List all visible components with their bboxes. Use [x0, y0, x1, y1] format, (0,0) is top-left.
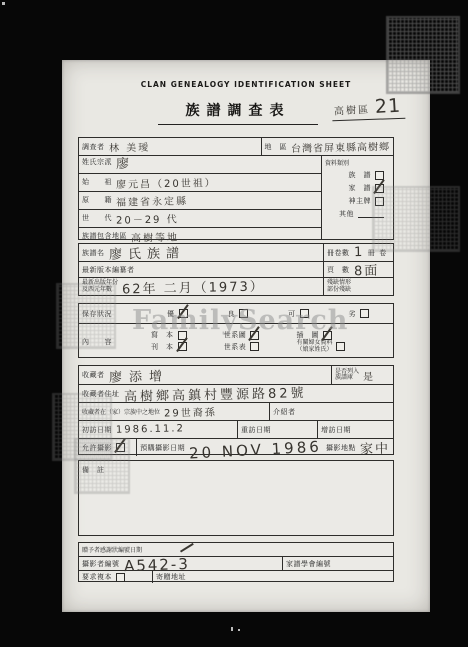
- condition-poor: 劣: [349, 309, 376, 319]
- field-pages: 頁 數 8面: [323, 262, 393, 277]
- material-type-label: 資料類別: [325, 158, 390, 167]
- form-title-zh: 族譜調查表: [158, 100, 318, 125]
- holder-name-label: 收藏者: [82, 370, 105, 380]
- content-pedigree-table: 世系表: [224, 342, 297, 352]
- content-women-data: 有關婦女資料 （娘家姓氏）: [296, 340, 391, 353]
- ancestor-label: 始 祖: [82, 177, 112, 187]
- volumes-value: 1: [353, 245, 364, 260]
- field-compiler: 最新版本編纂者: [79, 262, 323, 277]
- field-photographer-number: 攝影者編號 A542-3: [79, 557, 282, 570]
- field-damage: 殘缺情形 部份殘缺: [323, 278, 393, 295]
- field-coverage: 族譜包含地區 高樹等地: [79, 228, 321, 245]
- first-visit-value: 1986.11.2: [116, 423, 185, 435]
- sheet-title-en: CLAN GENEALOGY IDENTIFICATION SHEET: [62, 80, 430, 89]
- section-identification: 調查者 林 美璦 地 區 台灣省屏東縣高樹鄉 姓氏宗派 廖: [78, 137, 394, 240]
- introducer-label: 介紹者: [273, 407, 296, 417]
- content-printed: 刊 本: [151, 342, 224, 352]
- photographer-number-value: A542-3: [123, 554, 189, 574]
- third-visit-label: 增訪日期: [321, 425, 351, 435]
- book-title-value: 廖氏族譜: [108, 242, 184, 263]
- generations-value: 20－29 代: [116, 210, 179, 226]
- pages-value: 8面: [353, 260, 379, 280]
- field-surname: 姓氏宗派 廖: [79, 152, 321, 173]
- checkbox-women-data: [336, 342, 345, 351]
- society-number-label: 家譜學會編號: [286, 559, 331, 569]
- clan-position-value: 29世裔孫: [164, 403, 217, 419]
- page-code-number: 21: [374, 95, 401, 118]
- page-code-area: 高樹區: [334, 101, 371, 118]
- film-speck: [231, 627, 233, 631]
- copy-request-label: 要求複本: [82, 572, 112, 582]
- field-introducer: 介紹者: [269, 403, 393, 420]
- region-value: 台灣省屏東縣高樹鄉: [291, 138, 390, 155]
- listed-label: 是否列入 族譜庫: [335, 369, 359, 382]
- photo-date-value: 20 NOV 1986: [189, 437, 323, 462]
- field-holder-name: 收藏者 廖添增: [79, 366, 331, 384]
- film-speck: [238, 629, 240, 631]
- film-speck: [2, 2, 5, 5]
- field-second-visit: 重訪日期: [237, 421, 317, 438]
- photo-place-value: 家中: [360, 438, 390, 458]
- checkbox-copy-request: [116, 573, 125, 582]
- listed-value: 是: [363, 367, 375, 382]
- compiler-label: 最新版本編纂者: [82, 265, 135, 275]
- archive-seal-stamp: [56, 283, 116, 349]
- surveyor-label: 調查者: [82, 142, 105, 152]
- checkbox-printed-checked: [178, 342, 187, 351]
- photo-place-label: 攝影地點: [326, 443, 356, 453]
- volumes-label: 冊卷數: [327, 248, 350, 258]
- field-thanks-letter: 贈予者感謝狀編號日期: [79, 543, 393, 556]
- field-book-title: 族譜名 廖氏族譜: [79, 244, 323, 261]
- ancestor-value: 廖元昌（20世祖）: [116, 173, 217, 190]
- generations-label: 世 代: [82, 213, 112, 223]
- women-data-label: 有關婦女資料 （娘家姓氏）: [296, 340, 332, 353]
- thanks-letter-label: 贈予者感謝狀編號日期: [82, 545, 142, 554]
- book-title-label: 族譜名: [82, 248, 105, 258]
- field-society-number: 家譜學會編號: [282, 557, 393, 570]
- field-third-visit: 增訪日期: [317, 421, 393, 438]
- checkbox-poor: [360, 309, 369, 318]
- origin-label: 原 籍: [82, 195, 112, 205]
- genealogy-form-page: CLAN GENEALOGY IDENTIFICATION SHEET 族譜調查…: [62, 60, 430, 612]
- field-holder-address: 收藏者住址 高樹鄉高鎮村豐源路82號: [79, 385, 393, 402]
- handwritten-page-code: 高樹區 21: [332, 95, 406, 122]
- surname-value: 廖: [116, 152, 131, 171]
- archive-seal-stamp: [386, 16, 460, 94]
- region-label: 地 區: [265, 142, 288, 152]
- pubyear-value: 62年 二月（1973）: [122, 276, 265, 298]
- holder-address-value: 高樹鄉高鎮村豐源路82號: [123, 382, 306, 405]
- field-generations: 世 代 20－29 代: [79, 210, 321, 227]
- material-option-zupu: 族 譜: [325, 170, 390, 180]
- holder-name-value: 廖添增: [108, 365, 168, 385]
- section-book-info: 族譜名 廖氏族譜 冊卷數 1 冊 卷 最新版本編纂者 頁 數 8面: [78, 243, 394, 296]
- familysearch-watermark: FamilySearch: [132, 305, 348, 336]
- origin-value: 福建省永定縣: [116, 192, 188, 209]
- field-listed-in-library: 是否列入 族譜庫 是: [331, 366, 393, 384]
- second-visit-label: 重訪日期: [241, 425, 271, 435]
- checkbox-pedigree-table: [250, 342, 259, 351]
- field-origin: 原 籍 福建省永定縣: [79, 192, 321, 209]
- coverage-label: 族譜包含地區: [82, 231, 127, 241]
- photo-date-label: 預購攝影日期: [140, 443, 185, 453]
- surname-label: 姓氏宗派: [82, 157, 112, 167]
- microfilm-scan-frame: CLAN GENEALOGY IDENTIFICATION SHEET 族譜調查…: [0, 0, 468, 647]
- thanks-letter-checkmark: [180, 543, 194, 552]
- archive-seal-stamp: [74, 438, 130, 494]
- photographer-number-label: 攝影者編號: [82, 559, 120, 569]
- field-photo-date-place: 預購攝影日期 20 NOV 1986 攝影地點 家中: [136, 439, 393, 456]
- section-admin: 贈予者感謝狀編號日期 攝影者編號 A542-3 家譜學會編號 要求複本: [78, 542, 394, 582]
- pages-label: 頁 數: [327, 265, 350, 275]
- damage-label: 殘缺情形 部份殘缺: [327, 280, 351, 293]
- field-first-ancestor: 始 祖 廖元昌（20世祖）: [79, 174, 321, 191]
- archive-seal-stamp: [372, 186, 460, 252]
